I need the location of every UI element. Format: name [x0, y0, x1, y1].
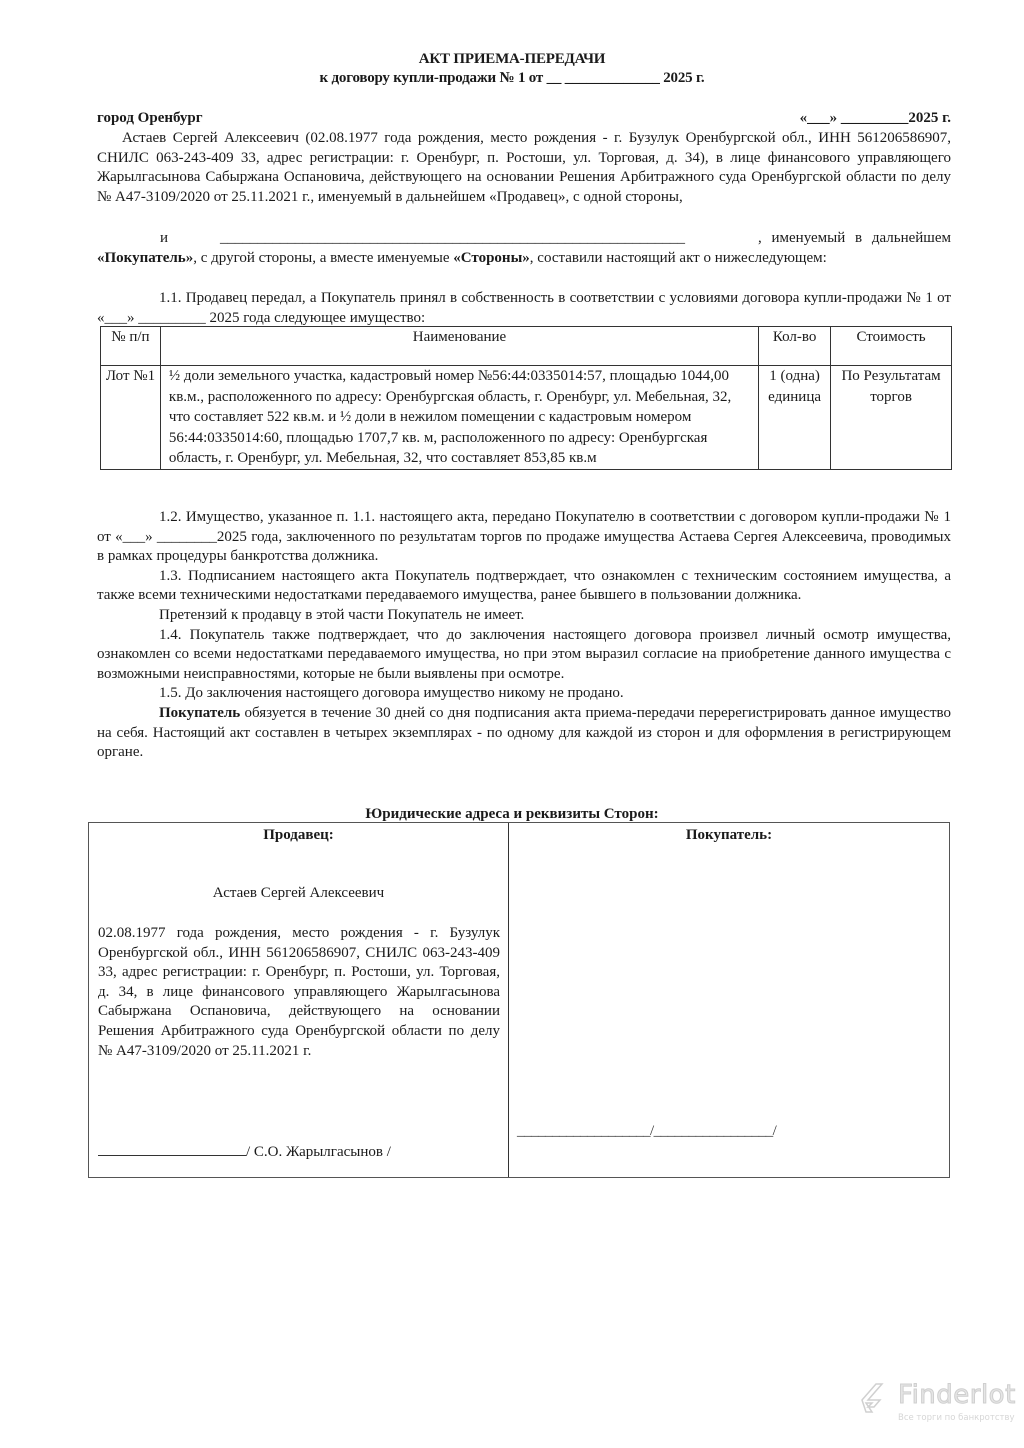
- claims-statement: Претензий к продавцу в этой части Покупа…: [97, 606, 951, 626]
- watermark-brand: Finderlot: [898, 1380, 1016, 1410]
- lot-price: По Результатам торгов: [831, 366, 952, 470]
- buyer-label: «Покупатель»: [97, 250, 193, 266]
- obligation-paragraph: Покупатель обязуется в течение 30 дней с…: [97, 704, 951, 763]
- table-header-row: № п/п Наименование Кол-во Стоимость: [101, 327, 952, 366]
- header-name: Наименование: [160, 327, 758, 366]
- lot-description: ½ доли земельного участка, кадастровый н…: [160, 366, 758, 470]
- document-title: АКТ ПРИЕМА-ПЕРЕДАЧИ: [0, 51, 1024, 68]
- clause-1-5: 1.5. До заключения настоящего договора и…: [97, 684, 951, 704]
- header-price: Стоимость: [831, 327, 952, 366]
- clause-1-4: 1.4. Покупатель также подтверждает, что …: [97, 626, 951, 685]
- buyer-name-blank: ________________________________________…: [220, 229, 758, 249]
- items-table: № п/п Наименование Кол-во Стоимость Лот …: [100, 326, 952, 470]
- seller-details: 02.08.1977 года рождения, место рождения…: [98, 924, 500, 1061]
- clauses-block: 1.2. Имущество, указанное п. 1.1. настоя…: [97, 508, 951, 763]
- place-date-line: город Оренбург «___» _________2025 г.: [97, 110, 951, 127]
- city: город Оренбург: [97, 110, 203, 127]
- seller-signatory: / С.О. Жарылгасынов /: [246, 1144, 391, 1160]
- clause-1-3: 1.3. Подписанием настоящего акта Покупат…: [97, 567, 951, 606]
- seller-heading: Продавец:: [89, 827, 508, 844]
- document-page: АКТ ПРИЕМА-ПЕРЕДАЧИ к договору купли-про…: [0, 0, 1024, 1448]
- table-row: Лот №1 ½ доли земельного участка, кадаст…: [101, 366, 952, 470]
- finderlot-watermark: Finderlot Все торги по банкротству: [858, 1380, 1018, 1440]
- header-number: № п/п: [101, 327, 161, 366]
- buyer-rest-1: , с другой стороны, а вместе именуемые: [193, 250, 453, 266]
- seller-intro-paragraph: Астаев Сергей Алексеевич (02.08.1977 год…: [97, 129, 951, 207]
- header-quantity: Кол-во: [759, 327, 831, 366]
- seller-column: Продавец: Астаев Сергей Алексеевич 02.08…: [89, 823, 509, 1177]
- act-date: «___» _________2025 г.: [800, 110, 951, 127]
- finderlot-logo-icon: [858, 1380, 894, 1416]
- buyer-named-text: , именуемый в дальнейшем: [758, 229, 951, 249]
- obligation-label: Покупатель: [159, 705, 240, 721]
- buyer-rest-2: , составили настоящий акт о нижеследующе…: [530, 250, 827, 266]
- lot-quantity: 1 (одна) единица: [759, 366, 831, 470]
- requisites-table: Продавец: Астаев Сергей Алексеевич 02.08…: [88, 822, 950, 1178]
- lot-number: Лот №1: [101, 366, 161, 470]
- and-word: и: [160, 229, 220, 249]
- buyer-intro-paragraph: и ______________________________________…: [97, 229, 951, 268]
- clause-1-2: 1.2. Имущество, указанное п. 1.1. настоя…: [97, 508, 951, 567]
- requisites-title: Юридические адреса и реквизиты Сторон:: [0, 806, 1024, 823]
- buyer-heading: Покупатель:: [509, 827, 949, 844]
- seller-signature-line: [98, 1141, 246, 1156]
- parties-label: «Стороны»: [453, 250, 530, 266]
- clause-1-1: 1.1. Продавец передал, а Покупатель прин…: [97, 289, 951, 328]
- seller-name: Астаев Сергей Алексеевич: [89, 885, 508, 902]
- buyer-column: Покупатель: ___________________/________…: [509, 823, 949, 1177]
- buyer-signature-line: ___________________/_________________/: [517, 1123, 776, 1140]
- document-subtitle: к договору купли-продажи № 1 от __ _____…: [0, 70, 1024, 87]
- watermark-tagline: Все торги по банкротству: [898, 1413, 1015, 1423]
- seller-signature: / С.О. Жарылгасынов /: [98, 1141, 391, 1161]
